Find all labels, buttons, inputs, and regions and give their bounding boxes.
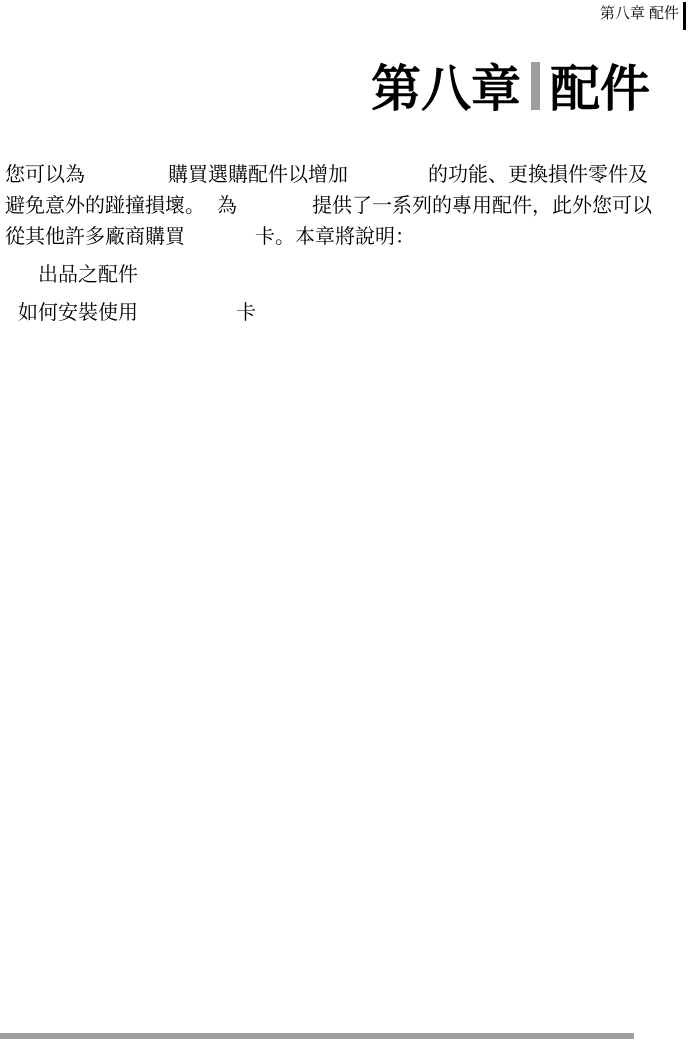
- body-text: 避免意外的踫撞損壞。: [5, 193, 205, 219]
- body-text: 購買選購配件以增加: [168, 162, 348, 188]
- text-gap: [205, 211, 217, 212]
- chapter-name: 配件: [550, 58, 650, 120]
- header-vertical-rule: [683, 2, 686, 30]
- body-text: 卡。本章將說明：: [255, 224, 415, 250]
- body-text: 如何安裝使用: [18, 300, 138, 326]
- body-text: 為: [217, 193, 237, 219]
- manual-page: 第八章 配件 第八章 配件 您可以為 購買選購配件以增加 的功能、更換損件零件及…: [0, 0, 688, 1045]
- footer-bar: [0, 1033, 634, 1039]
- body-text: 從其他許多廠商購買: [5, 224, 185, 250]
- body-text: 出品之配件: [38, 262, 138, 288]
- text-gap: [138, 318, 236, 319]
- paragraph-line-1: 您可以為 購買選購配件以增加 的功能、更換損件零件及: [5, 162, 648, 188]
- running-head: 第八章 配件: [600, 4, 679, 24]
- body-text: 您可以為: [5, 162, 85, 188]
- paragraph-line-2: 避免意外的踫撞損壞。 為 提供了一系列的專用配件，此外您可以: [5, 193, 652, 219]
- list-item-2: 如何安裝使用 卡: [18, 300, 256, 326]
- list-item-1: 出品之配件: [38, 262, 138, 288]
- chapter-number: 第八章: [371, 58, 521, 120]
- body-text: 提供了一系列的專用配件，此外您可以: [312, 193, 652, 219]
- body-text: 卡: [236, 300, 256, 326]
- text-gap: [237, 211, 312, 212]
- text-gap: [185, 242, 255, 243]
- text-gap: [348, 180, 428, 181]
- body-text: 的功能、更換損件零件及: [428, 162, 648, 188]
- paragraph-line-3: 從其他許多廠商購買 卡。本章將說明：: [5, 224, 415, 250]
- text-gap: [85, 180, 168, 181]
- chapter-title: 第八章 配件: [371, 58, 650, 120]
- title-divider-bar: [531, 62, 540, 110]
